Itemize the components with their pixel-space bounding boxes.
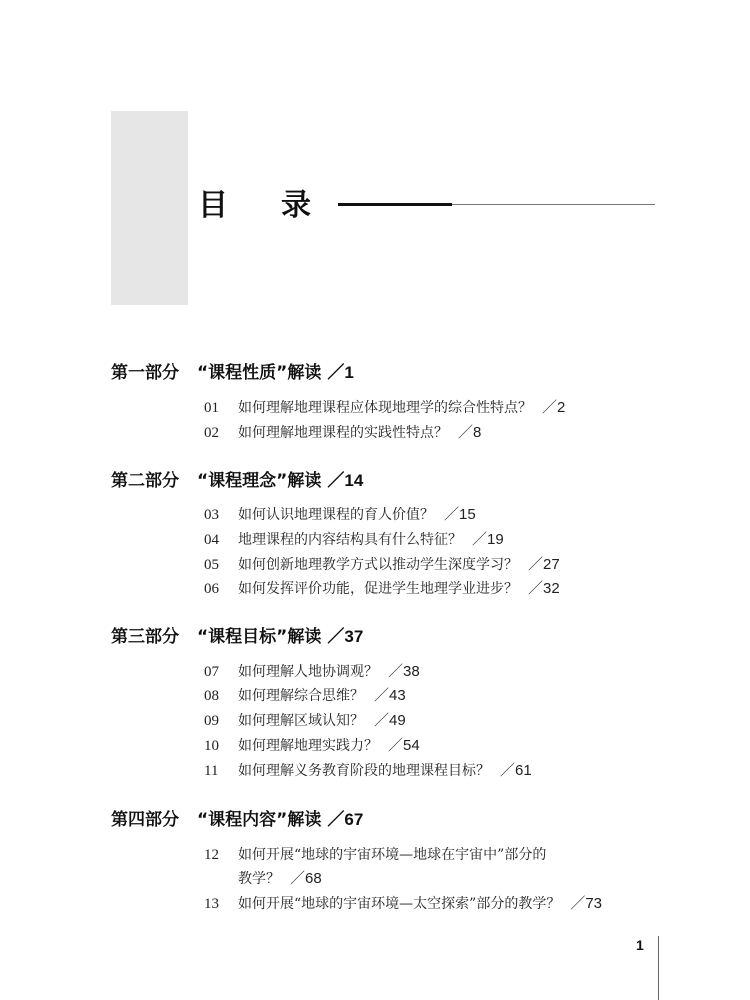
item-text: 如何发挥评价功能，促进学生地理学业进步？ bbox=[238, 581, 518, 597]
toc-item-07[interactable]: 07如何理解人地协调观？／38 bbox=[204, 662, 420, 682]
page-number: 1 bbox=[636, 937, 644, 953]
item-page: ／2 bbox=[542, 399, 565, 416]
item-page: ／54 bbox=[388, 737, 420, 754]
item-text: 如何开展“地球的宇宙环境—地球在宇宙中”部分的 bbox=[238, 847, 546, 863]
item-text: 如何认识地理课程的育人价值？ bbox=[238, 507, 434, 523]
toc-item-04[interactable]: 04地理课程的内容结构具有什么特征？／19 bbox=[204, 530, 504, 550]
item-number: 03 bbox=[204, 505, 238, 525]
title-rule-thin bbox=[452, 204, 655, 205]
item-number: 05 bbox=[204, 555, 238, 575]
item-page: ／19 bbox=[472, 531, 504, 548]
item-text: 如何理解地理课程的实践性特点？ bbox=[238, 425, 448, 441]
toc-item-01[interactable]: 01如何理解地理课程应体现地理学的综合性特点？／2 bbox=[204, 398, 565, 418]
part-title: “课程目标”解读 bbox=[197, 627, 321, 647]
part-heading-4[interactable]: 第四部分“课程内容”解读／67 bbox=[111, 809, 363, 831]
part-heading-1[interactable]: 第一部分“课程性质”解读／1 bbox=[111, 362, 354, 384]
item-page: ／61 bbox=[500, 762, 532, 779]
item-text: 如何创新地理教学方式以推动学生深度学习？ bbox=[238, 557, 518, 573]
item-text-continuation: 教学？ bbox=[238, 871, 280, 887]
item-number: 11 bbox=[204, 761, 238, 781]
part-name: 第二部分 bbox=[111, 470, 197, 492]
item-number: 12 bbox=[204, 845, 238, 865]
part-title: “课程理念”解读 bbox=[197, 471, 321, 491]
item-page: ／49 bbox=[374, 712, 406, 729]
toc-item-13[interactable]: 13如何开展“地球的宇宙环境—太空探索”部分的教学？／73 bbox=[204, 894, 602, 914]
toc-item-05[interactable]: 05如何创新地理教学方式以推动学生深度学习？／27 bbox=[204, 555, 560, 575]
item-page: ／15 bbox=[444, 506, 476, 523]
toc-item-08[interactable]: 08如何理解综合思维？／43 bbox=[204, 686, 406, 706]
item-page: ／73 bbox=[570, 895, 602, 912]
item-number: 02 bbox=[204, 423, 238, 443]
part-heading-2[interactable]: 第二部分“课程理念”解读／14 bbox=[111, 470, 363, 492]
item-text: 如何理解义务教育阶段的地理课程目标？ bbox=[238, 763, 490, 779]
part-page: ／14 bbox=[327, 471, 363, 490]
item-text: 如何开展“地球的宇宙环境—太空探索”部分的教学？ bbox=[238, 896, 560, 912]
title-rule-thick bbox=[338, 203, 452, 206]
toc-item-06[interactable]: 06如何发挥评价功能，促进学生地理学业进步？／32 bbox=[204, 579, 560, 599]
item-number: 08 bbox=[204, 686, 238, 706]
item-text: 如何理解区域认知？ bbox=[238, 713, 364, 729]
part-name: 第三部分 bbox=[111, 626, 197, 648]
item-text: 如何理解综合思维？ bbox=[238, 688, 364, 704]
toc-item-03[interactable]: 03如何认识地理课程的育人价值？／15 bbox=[204, 505, 476, 525]
toc-item-12[interactable]: 12如何开展“地球的宇宙环境—地球在宇宙中”部分的 bbox=[204, 845, 546, 865]
toc-item-09[interactable]: 09如何理解区域认知？／49 bbox=[204, 711, 406, 731]
item-number: 13 bbox=[204, 894, 238, 914]
item-number: 01 bbox=[204, 398, 238, 418]
toc-title-char-1: 目 bbox=[198, 186, 228, 226]
item-text: 如何理解地理课程应体现地理学的综合性特点？ bbox=[238, 400, 532, 416]
item-number: 06 bbox=[204, 579, 238, 599]
toc-item-02[interactable]: 02如何理解地理课程的实践性特点？／8 bbox=[204, 423, 481, 443]
item-text: 如何理解地理实践力？ bbox=[238, 738, 378, 754]
item-number: 07 bbox=[204, 662, 238, 682]
part-heading-3[interactable]: 第三部分“课程目标”解读／37 bbox=[111, 626, 363, 648]
part-title: “课程性质”解读 bbox=[197, 363, 321, 383]
item-page: ／27 bbox=[528, 556, 560, 573]
toc-item-12-continuation[interactable]: 教学？／68 bbox=[238, 869, 322, 889]
item-page: ／38 bbox=[388, 663, 420, 680]
item-text: 地理课程的内容结构具有什么特征？ bbox=[238, 532, 462, 548]
part-page: ／37 bbox=[327, 627, 363, 646]
toc-item-10[interactable]: 10如何理解地理实践力？／54 bbox=[204, 736, 420, 756]
part-name: 第一部分 bbox=[111, 362, 197, 384]
item-page: ／68 bbox=[290, 870, 322, 887]
toc-title-char-2: 录 bbox=[281, 186, 311, 226]
decorative-gray-block bbox=[111, 111, 188, 305]
part-page: ／1 bbox=[327, 363, 353, 382]
item-page: ／32 bbox=[528, 580, 560, 597]
part-title: “课程内容”解读 bbox=[197, 810, 321, 830]
item-page: ／8 bbox=[458, 424, 481, 441]
toc-item-11[interactable]: 11如何理解义务教育阶段的地理课程目标？／61 bbox=[204, 761, 532, 781]
item-number: 09 bbox=[204, 711, 238, 731]
item-page: ／43 bbox=[374, 687, 406, 704]
part-page: ／67 bbox=[327, 810, 363, 829]
page-edge-rule bbox=[658, 936, 659, 1000]
item-text: 如何理解人地协调观？ bbox=[238, 664, 378, 680]
item-number: 10 bbox=[204, 736, 238, 756]
item-number: 04 bbox=[204, 530, 238, 550]
part-name: 第四部分 bbox=[111, 809, 197, 831]
